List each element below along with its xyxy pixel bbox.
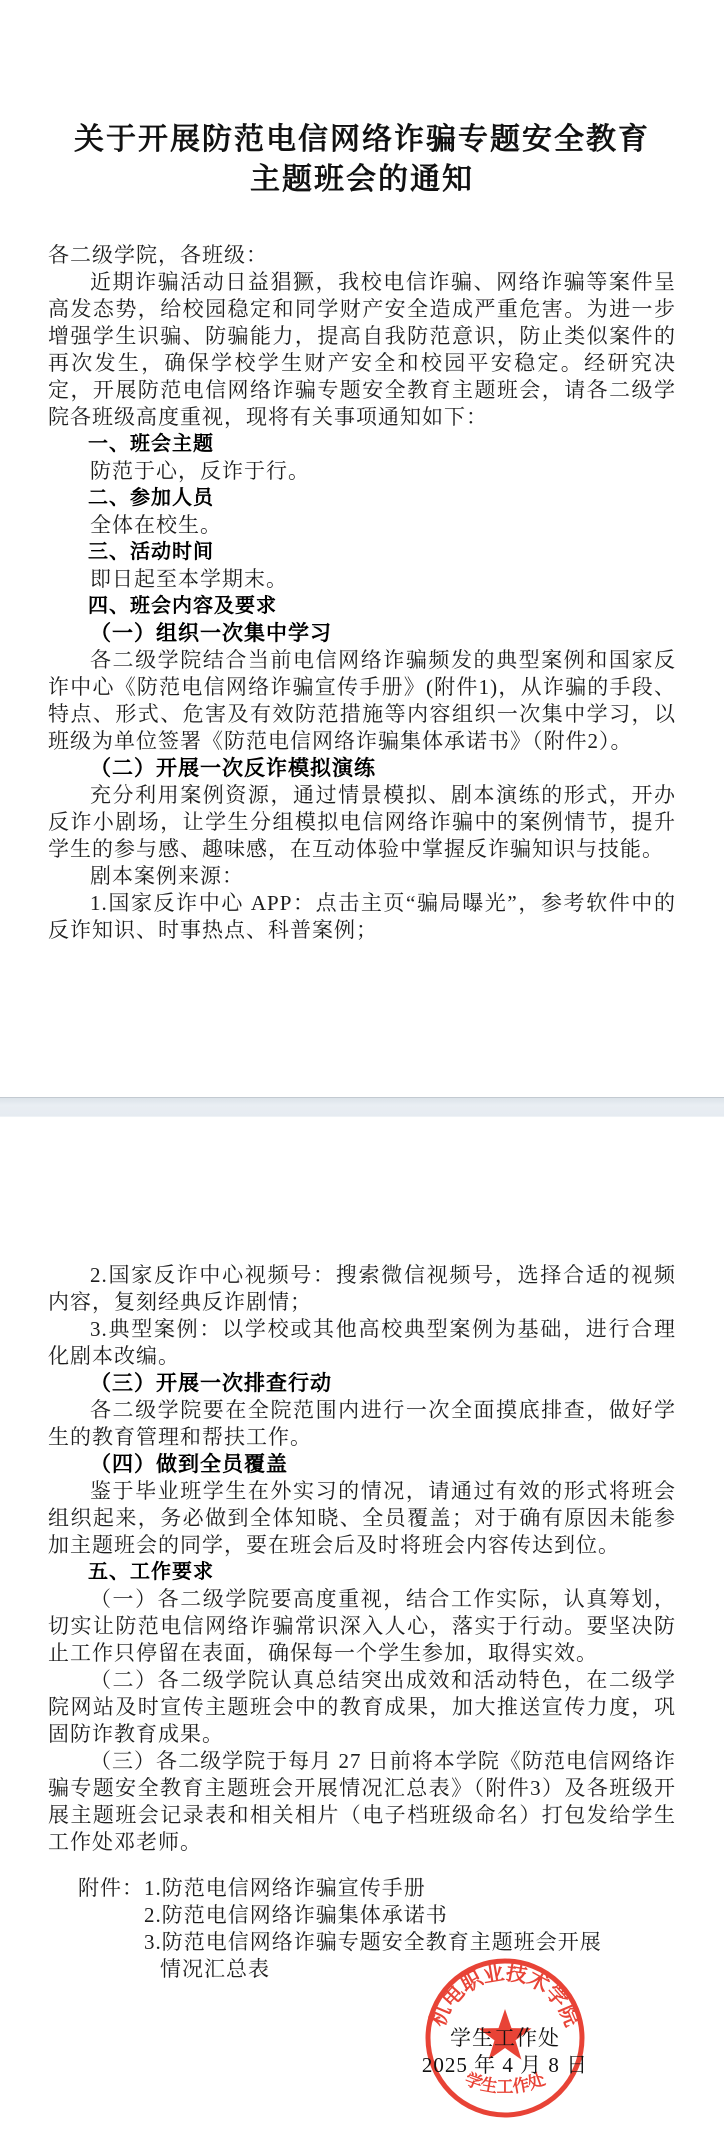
section-heading-4: 四、班会内容及要求 xyxy=(48,593,676,620)
requirement-paragraph-1: （一）各二级学院要高度重视，结合工作实际，认真筹划，切实让防范电信网络诈骗常识深… xyxy=(48,1586,676,1667)
page-1: 关于开展防范电信网络诈骗专题安全教育 主题班会的通知 各二级学院，各班级： 近期… xyxy=(0,0,724,1097)
subsection-heading-4-1: （一）组织一次集中学习 xyxy=(48,620,676,647)
page-separator xyxy=(0,1097,724,1117)
page-2: 2.国家反诈中心视频号：搜索微信视频号，选择合适的视频内容，复刻经典反诈剧情； … xyxy=(0,1117,724,2151)
page-2-body: 2.国家反诈中心视频号：搜索微信视频号，选择合适的视频内容，复刻经典反诈剧情； … xyxy=(48,1262,676,1856)
script-source-item-1: 1.国家反诈中心 APP：点击主页“骗局曝光”，参考软件中的反诈知识、时事热点、… xyxy=(48,890,676,944)
section-heading-1: 一、班会主题 xyxy=(48,431,676,458)
signature-department: 学生工作处 xyxy=(350,2025,660,2052)
requirement-paragraph-3: （三）各二级学院于每月 27 日前将本学院《防范电信网络诈骗专题安全教育主题班会… xyxy=(48,1748,676,1856)
section-heading-3: 三、活动时间 xyxy=(48,539,676,566)
signature-block: 学生工作处 2025 年 4 月 8 日 xyxy=(350,2025,660,2079)
doc-title-line-2: 主题班会的通知 xyxy=(48,160,676,200)
doc-title-line-1: 关于开展防范电信网络诈骗专题安全教育 xyxy=(48,120,676,160)
requirement-paragraph-2: （二）各二级学院认真总结突出成效和活动特色，在二级学院网站及时宣传主题班会中的教… xyxy=(48,1667,676,1748)
script-source-item-3: 3.典型案例：以学校或其他高校典型案例为基础，进行合理化剧本改编。 xyxy=(48,1316,676,1370)
section-1-text: 防范于心，反诈于行。 xyxy=(48,458,676,485)
doc-title: 关于开展防范电信网络诈骗专题安全教育 主题班会的通知 xyxy=(48,120,676,200)
section-heading-5: 五、工作要求 xyxy=(48,1559,676,1586)
salutation: 各二级学院，各班级： xyxy=(48,242,676,269)
subsection-heading-4-2: （二）开展一次反诈模拟演练 xyxy=(48,755,676,782)
section-2-text: 全体在校生。 xyxy=(48,512,676,539)
signature-date: 2025 年 4 月 8 日 xyxy=(350,2052,660,2079)
attachments-label: 附件： xyxy=(78,1875,144,1902)
intro-paragraph: 近期诈骗活动日益猖獗，我校电信诈骗、网络诈骗等案件呈高发态势，给校园稳定和同学财… xyxy=(48,269,676,431)
attachment-item-1: 1.防范电信网络诈骗宣传手册 xyxy=(144,1875,616,1902)
subsection-4-2-paragraph: 充分利用案例资源，通过情景模拟、剧本演练的形式，开办反诈小剧场，让学生分组模拟电… xyxy=(48,782,676,863)
subsection-4-1-paragraph: 各二级学院结合当前电信网络诈骗频发的典型案例和国家反诈中心《防范电信网络诈骗宣传… xyxy=(48,647,676,755)
subsection-4-4-paragraph: 鉴于毕业班学生在外实习的情况，请通过有效的形式将班会组织起来，务必做到全体知晓、… xyxy=(48,1478,676,1559)
document-viewer: 关于开展防范电信网络诈骗专题安全教育 主题班会的通知 各二级学院，各班级： 近期… xyxy=(0,0,724,2151)
section-heading-2: 二、参加人员 xyxy=(48,485,676,512)
script-source-label: 剧本案例来源： xyxy=(48,863,676,890)
subsection-heading-4-4: （四）做到全员覆盖 xyxy=(48,1451,676,1478)
section-3-text: 即日起至本学期末。 xyxy=(48,566,676,593)
script-source-item-2: 2.国家反诈中心视频号：搜索微信视频号，选择合适的视频内容，复刻经典反诈剧情； xyxy=(48,1262,676,1316)
subsection-heading-4-3: （三）开展一次排查行动 xyxy=(48,1370,676,1397)
subsection-4-3-paragraph: 各二级学院要在全院范围内进行一次全面摸底排查，做好学生的教育管理和帮扶工作。 xyxy=(48,1397,676,1451)
attachment-item-2: 2.防范电信网络诈骗集体承诺书 xyxy=(144,1902,616,1929)
page-1-body: 各二级学院，各班级： 近期诈骗活动日益猖獗，我校电信诈骗、网络诈骗等案件呈高发态… xyxy=(48,242,676,944)
